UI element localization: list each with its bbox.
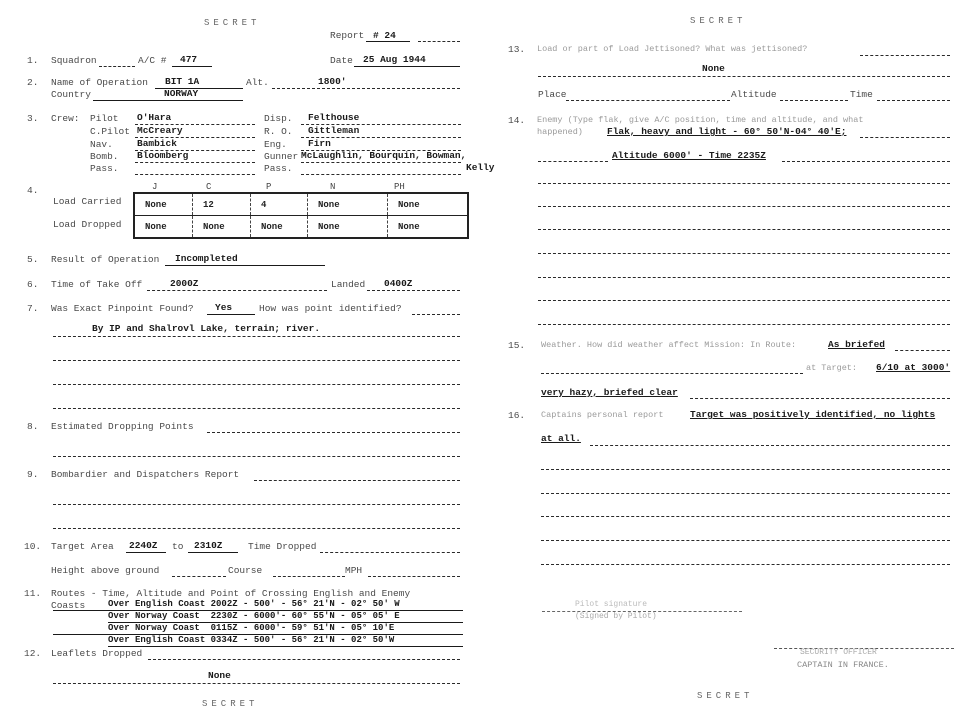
column-header: P [266,182,271,192]
secret-footer-left: SECRET [202,699,258,709]
target-from: 2240Z [129,540,158,551]
item-number: 10. [24,541,41,552]
table-row: None 12 4 None None [134,193,468,216]
item-number: 15. [508,340,525,351]
crew-role-label: Pass. [90,163,119,174]
enemy-value-2: Altitude 6000' - Time 2235Z [612,150,766,161]
crew-role-label: Eng. [264,139,287,150]
target-to: 2310Z [194,540,223,551]
crew-role-label: Gunner [264,151,298,162]
crew-label: Crew: [51,113,80,124]
crew-role-label: R. O. [264,126,293,137]
crew-role-label: C.Pilot [90,126,130,137]
column-header: PH [394,182,405,192]
report-label: Report [330,30,364,41]
table-cell: 4 [251,193,308,216]
crew-role-value: McCreary [137,125,183,136]
enemy-label-2: happened) [537,127,583,137]
enemy-value-1: Flak, heavy and light - 60° 50'N-04° 40'… [607,126,846,137]
item-number: 4. [27,185,38,196]
route-entry: Over English Coast 0334Z - 500' - 56° 21… [108,635,394,645]
routes-label: Routes - Time, Altitude and Point of Cro… [51,588,410,599]
table-cell: None [308,216,388,239]
crew-role-label: Pilot [90,113,119,124]
table-row: None None None None None [134,216,468,239]
date-label: Date [330,55,353,66]
crew-role-label: Pass. [264,163,293,174]
officer-signature-line-1: SECURITY OFFICER [800,648,877,657]
pilot-signature-line-2: (Signed by Pilot) [575,612,657,621]
mph-label: MPH [345,565,362,576]
route-entry: Over Norway Coast 2230Z - 6000'- 60° 55'… [108,611,400,621]
table-cell: None [134,216,193,239]
enemy-label: Enemy (Type flak, give A/C position, tim… [537,115,863,125]
route-entry: Over English Coast 2002Z - 500' - 56° 21… [108,599,400,609]
operation-label: Name of Operation [51,77,148,88]
item-number: 8. [27,421,38,432]
crew-role-label: Nav. [90,139,113,150]
squadron-label: Squadron [51,55,97,66]
load-carried-label: Load Carried [53,196,121,207]
leaflets-label: Leaflets Dropped [51,648,142,659]
captains-report-label: Captains personal report [541,410,663,420]
item-number: 6. [27,279,38,290]
crew-role-value: Bloomberg [137,150,188,161]
officer-signature-line-2: CAPTAIN IN FRANCE. [797,660,889,670]
item-number: 12. [24,648,41,659]
landed-value: 0400Z [384,278,413,289]
jettisoned-value: None [702,63,725,74]
weather-label: Weather. How did weather affect Mission:… [541,340,796,350]
captains-report-value-1: Target was positively identified, no lig… [690,409,935,420]
pinpoint-label: Was Exact Pinpoint Found? [51,303,194,314]
item-number: 3. [27,113,38,124]
operation-value: BIT 1A [165,76,199,87]
bombardier-report-label: Bombardier and Dispatchers Report [51,469,239,480]
dropping-points-label: Estimated Dropping Points [51,421,194,432]
secret-header-left: SECRET [204,18,260,28]
table-cell: None [251,216,308,239]
weather-value-2: very hazy, briefed clear [541,387,678,398]
item-number: 2. [27,77,38,88]
item-number: 9. [27,469,38,480]
table-cell: None [388,193,469,216]
column-header: J [152,182,157,192]
ac-number: 477 [180,54,197,65]
item-number: 5. [27,254,38,265]
weather-target-value: 6/10 at 3000' [876,362,950,373]
table-cell: None [388,216,469,239]
leaflets-value: None [208,670,231,681]
item-number: 1. [27,55,38,66]
time-dropped-label: Time Dropped [248,541,316,552]
altitude-label: Altitude [731,89,777,100]
target-area-label: Target Area [51,541,114,552]
crew-role-value: Felthouse [308,112,359,123]
takeoff-value: 2000Z [170,278,199,289]
crew-role-value: O'Hara [137,112,171,123]
to-label: to [172,541,183,552]
at-target-label: at Target: [806,363,857,373]
report-number: # 24 [373,30,396,41]
place-label: Place [538,89,567,100]
table-cell: None [134,193,193,216]
table-cell: None [193,216,251,239]
crew-role-label: Disp. [264,113,293,124]
result-value: Incompleted [175,253,238,264]
column-header: N [330,182,335,192]
table-cell: 12 [193,193,251,216]
time-label: Time [850,89,873,100]
crew-role-value: Bambick [137,138,177,149]
jettisoned-label: Load or part of Load Jettisoned? What wa… [537,44,807,54]
pilot-signature-line-1: Pilot signature [575,600,647,609]
result-label: Result of Operation [51,254,159,265]
item-number: 16. [508,410,525,421]
height-label: Height above ground [51,565,159,576]
secret-header-right: SECRET [690,16,746,26]
how-identified-label: How was point identified? [259,303,402,314]
captains-report-value-2: at all. [541,433,581,444]
country-value: NORWAY [164,88,198,99]
column-header: C [206,182,211,192]
weather-route-value: As briefed [828,339,885,350]
crew-role-value: McLaughlin, Bourquin, Bowman, [301,150,466,161]
route-entry: Over Norway Coast 0115Z - 6000'- 59° 51'… [108,623,394,633]
ac-label: A/C # [138,55,167,66]
alt-label: Alt. [246,77,269,88]
item-number: 7. [27,303,38,314]
crew-role-value: Firn [308,138,331,149]
country-label: Country [51,89,91,100]
takeoff-label: Time of Take Off [51,279,142,290]
crew-role-value: Gittleman [308,125,359,136]
secret-footer-right: SECRET [697,691,753,701]
load-dropped-label: Load Dropped [53,219,121,230]
pinpoint-value: Yes [215,302,232,313]
crew-role-label: Bomb. [90,151,119,162]
crew-role-value: Kelly [466,162,495,173]
item-number: 14. [508,115,525,126]
course-label: Course [228,565,262,576]
alt-value: 1800' [318,76,347,87]
table-cell: None [308,193,388,216]
date-value: 25 Aug 1944 [363,54,426,65]
item-number: 11. [24,588,41,599]
how-identified-value: By IP and Shalrovl Lake, terrain; river. [92,323,320,334]
landed-label: Landed [331,279,365,290]
item-number: 13. [508,44,525,55]
load-table: None 12 4 None None None None None None … [133,192,469,239]
